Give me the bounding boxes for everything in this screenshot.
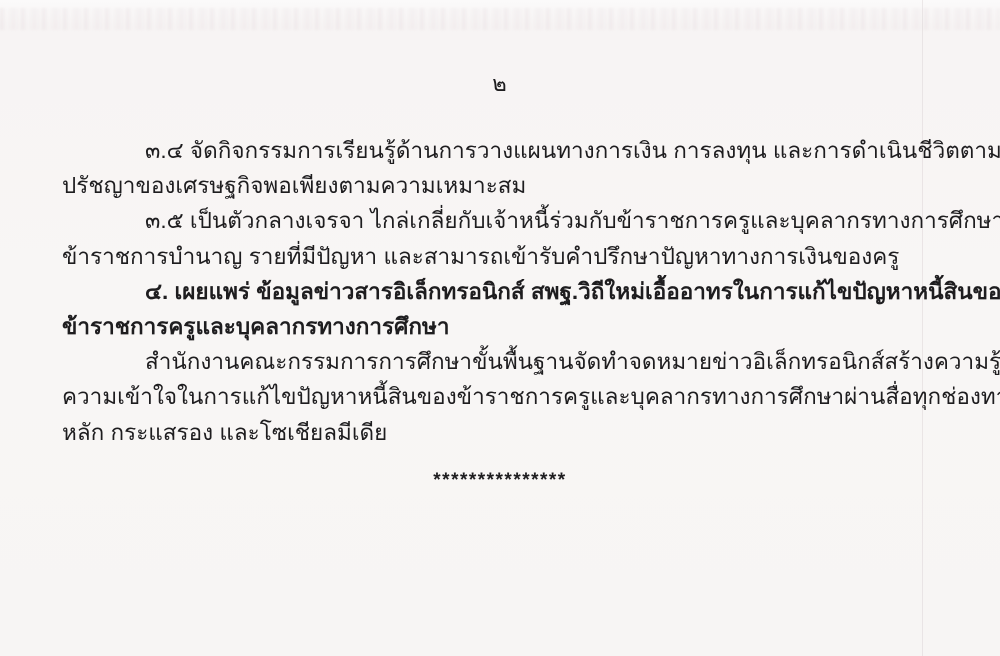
text-line: ปรัชญาของเศรษฐกิจพอเพียงตามความเหมาะสม	[62, 168, 940, 203]
document-text-block: ๓.๔ จัดกิจกรรมการเรียนรู้ด้านการวางแผนทา…	[62, 133, 940, 450]
scan-noise-artifact	[0, 8, 1000, 30]
text-line: ๓.๕ เป็นตัวกลางเจรจา ไกล่เกลี่ยกับเจ้าหน…	[62, 203, 940, 238]
page-number: ๒	[0, 66, 1000, 101]
text-line: หลัก กระแสรอง และโซเชียลมีเดีย	[62, 415, 940, 450]
text-line-heading: ข้าราชการครูและบุคลากรทางการศึกษา	[62, 309, 940, 344]
text-line: สำนักงานคณะกรรมการการศึกษาขั้นพื้นฐานจัด…	[62, 344, 940, 379]
asterisk-separator: ***************	[0, 470, 1000, 492]
text-line: ความเข้าใจในการแก้ไขปัญหาหนี้สินของข้ารา…	[62, 379, 940, 414]
text-line: ๓.๔ จัดกิจกรรมการเรียนรู้ด้านการวางแผนทา…	[62, 133, 940, 168]
text-line: ข้าราชการบำนาญ รายที่มีปัญหา และสามารถเข…	[62, 239, 940, 274]
scanned-document-page: ๒ ๓.๔ จัดกิจกรรมการเรียนรู้ด้านการวางแผน…	[0, 0, 1000, 656]
text-line-heading: ๔. เผยแพร่ ข้อมูลข่าวสารอิเล็กทรอนิกส์ ส…	[62, 274, 940, 309]
